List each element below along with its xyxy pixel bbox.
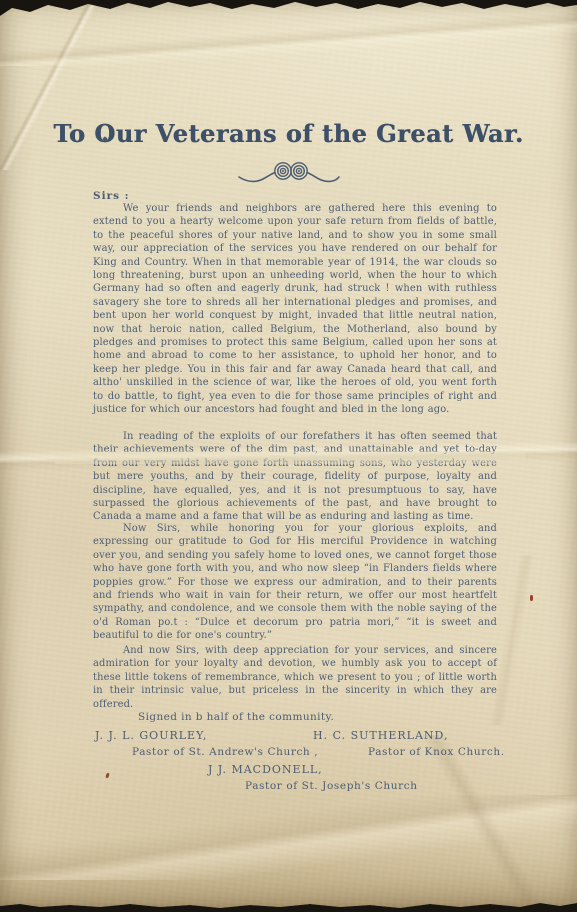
signatory-role-gourley: Pastor of St. Andrew's Church , xyxy=(132,746,318,758)
paragraph-forefathers: In reading of the exploits of our forefa… xyxy=(93,430,497,524)
signatory-name-sutherland: H. C. SUTHERLAND, xyxy=(313,729,448,742)
signatory-role-macdonell: Pastor of St. Joseph's Church xyxy=(245,780,418,792)
paper-sheet: To Our Veterans of the Great War. Sirs :… xyxy=(0,0,577,912)
paragraph-honoring: Now Sirs, while honoring you for your gl… xyxy=(93,522,497,643)
document-title: To Our Veterans of the Great War. xyxy=(0,119,577,148)
ink-speck xyxy=(105,773,110,779)
signatory-role-sutherland: Pastor of Knox Church. xyxy=(368,746,505,758)
double-spiral-flourish-ornament xyxy=(237,158,341,186)
paper-crease xyxy=(0,795,577,880)
paper-crease xyxy=(0,14,577,66)
signatory-name-gourley: J. J. L. GOURLEY, xyxy=(95,729,207,742)
paragraph-welcome: We your friends and neighbors are gather… xyxy=(93,202,497,417)
paragraph-tokens: And now Sirs, with deep appreciation for… xyxy=(93,644,497,711)
paper-crease xyxy=(367,735,577,905)
salutation: Sirs : xyxy=(93,190,130,202)
signatory-name-macdonell: J J. MACDONELL, xyxy=(208,763,323,776)
signed-line: Signed in b half of the community. xyxy=(138,711,334,723)
scanned-document: To Our Veterans of the Great War. Sirs :… xyxy=(0,0,577,912)
ink-speck xyxy=(530,595,533,601)
